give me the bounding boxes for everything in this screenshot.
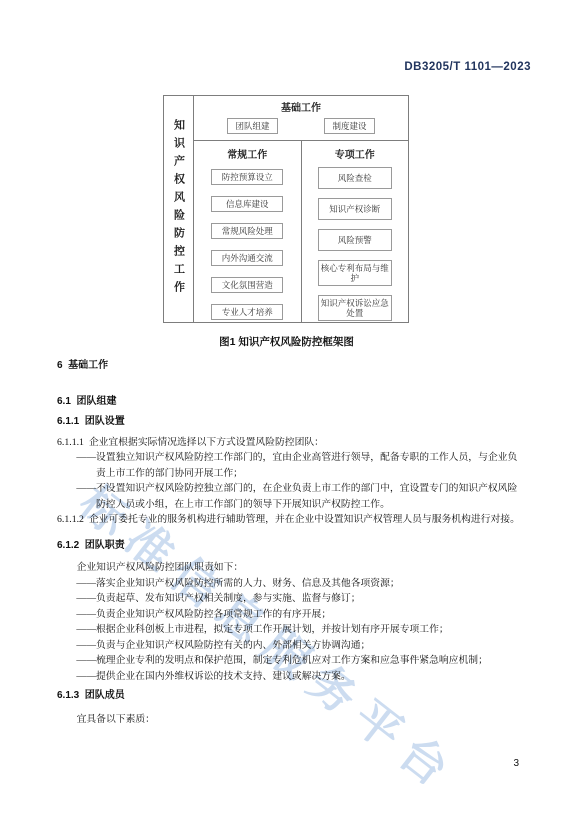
diagram-box-routine-risk: 常规风险处理 [211,223,283,239]
dash-item: ——提供企业在国内外维权诉讼的技术支持、建议或解决方案。 [57,669,523,685]
diagram-box-system-construction: 制度建设 [324,118,374,134]
special-work-column: 专项工作 风险查检 知识产权诊断 风险预警 核心专利布局与维护 知识产权诉讼应急… [302,141,409,322]
figure-caption: 图1 知识产权风险防控框架图 [0,334,573,349]
diagram-box-risk-check: 风险查检 [318,167,392,189]
special-work-title: 专项工作 [335,146,375,161]
page-number: 3 [513,758,519,769]
diagram-box-core-patent: 核心专利布局与维护 [318,260,392,286]
dash-item: ——负责企业知识产权风险防控各项常规工作的有序开展； [57,607,523,623]
clause-6-1-2-heading: 6.1.2 团队职责 [57,538,523,554]
dash-item: ——负责与企业知识产权风险防控有关的内、外部相关方协调沟通； [57,638,523,654]
base-section-title: 基础工作 [194,99,408,114]
diagram-box-communication: 内外沟通交流 [211,250,283,266]
diagram-box-team-building: 团队组建 [227,118,277,134]
clause-6-1-heading: 6.1 团队组建 [57,394,523,410]
clause-6-1-1-1-paragraph: 6.1.1.1 企业宜根据实际情况选择以下方式设置风险防控团队： [57,435,523,451]
document-body: 6 基础工作 6.1 团队组建 6.1.1 团队设置 6.1.1.1 企业宜根据… [57,358,523,727]
clause-6-1-3-heading: 6.1.3 团队成员 [57,688,523,704]
diagram-columns: 常规工作 防控预算设立 信息库建设 常规风险处理 内外沟通交流 文化氛围营造 专… [194,141,408,322]
duties-intro-paragraph: 企业知识产权风险防控团队职责如下： [57,560,523,576]
clause-6-heading: 6 基础工作 [57,358,523,374]
standard-code: DB3205/T 1101—2023 [404,61,531,73]
diagram-side-strip: 知识产权风险防控工作 [164,96,194,322]
dash-item: ——设置独立知识产权风险防控工作部门的，宜由企业高管进行领导，配备专职的工作人员… [57,450,523,481]
diagram-side-label: 知识产权风险防控工作 [171,119,187,299]
regular-work-title: 常规工作 [227,146,267,161]
diagram-box-ip-diagnosis: 知识产权诊断 [318,198,392,220]
diagram-base-section: 基础工作 团队组建 制度建设 [194,96,408,141]
diagram-box-risk-warning: 风险预警 [318,229,392,251]
dash-item: ——落实企业知识产权风险防控所需的人力、财务、信息及其他各项资源； [57,576,523,592]
clause-6-1-1-heading: 6.1.1 团队设置 [57,414,523,430]
regular-work-column: 常规工作 防控预算设立 信息库建设 常规风险处理 内外沟通交流 文化氛围营造 专… [194,141,302,322]
diagram-box-budget: 防控预算设立 [211,169,283,185]
base-section-row: 团队组建 制度建设 [194,118,408,134]
clause-6-1-1-2-paragraph: 6.1.1.2 企业可委托专业的服务机构进行辅助管理，并在企业中设置知识产权管理… [57,512,523,528]
dash-item: ——梳理企业专利的发明点和保护范围，制定专利危机应对工作方案和应急事件紧急响应机… [57,653,523,669]
diagram-main: 基础工作 团队组建 制度建设 常规工作 防控预算设立 信息库建设 常规风险处理 … [194,96,408,322]
diagram-box-talent: 专业人才培养 [211,304,283,320]
document-page: DB3205/T 1101—2023 标准信息服务平台 知识产权风险防控工作 基… [0,0,573,818]
members-intro-paragraph: 宜具备以下素质： [57,712,523,728]
diagram-box-litigation-response: 知识产权诉讼应急处置 [318,295,392,321]
dash-item: ——不设置知识产权风险防控独立部门的，在企业负责上市工作的部门中，宜设置专门的知… [57,481,523,512]
diagram-box-info-database: 信息库建设 [211,196,283,212]
diagram-box-culture: 文化氛围营造 [211,277,283,293]
framework-diagram: 知识产权风险防控工作 基础工作 团队组建 制度建设 常规工作 防控预算设立 信息… [163,95,409,323]
dash-item: ——负责起草、发布知识产权相关制度，参与实施、监督与修订； [57,591,523,607]
dash-item: ——根据企业科创板上市进程，拟定专项工作开展计划，并按计划有序开展专项工作； [57,622,523,638]
